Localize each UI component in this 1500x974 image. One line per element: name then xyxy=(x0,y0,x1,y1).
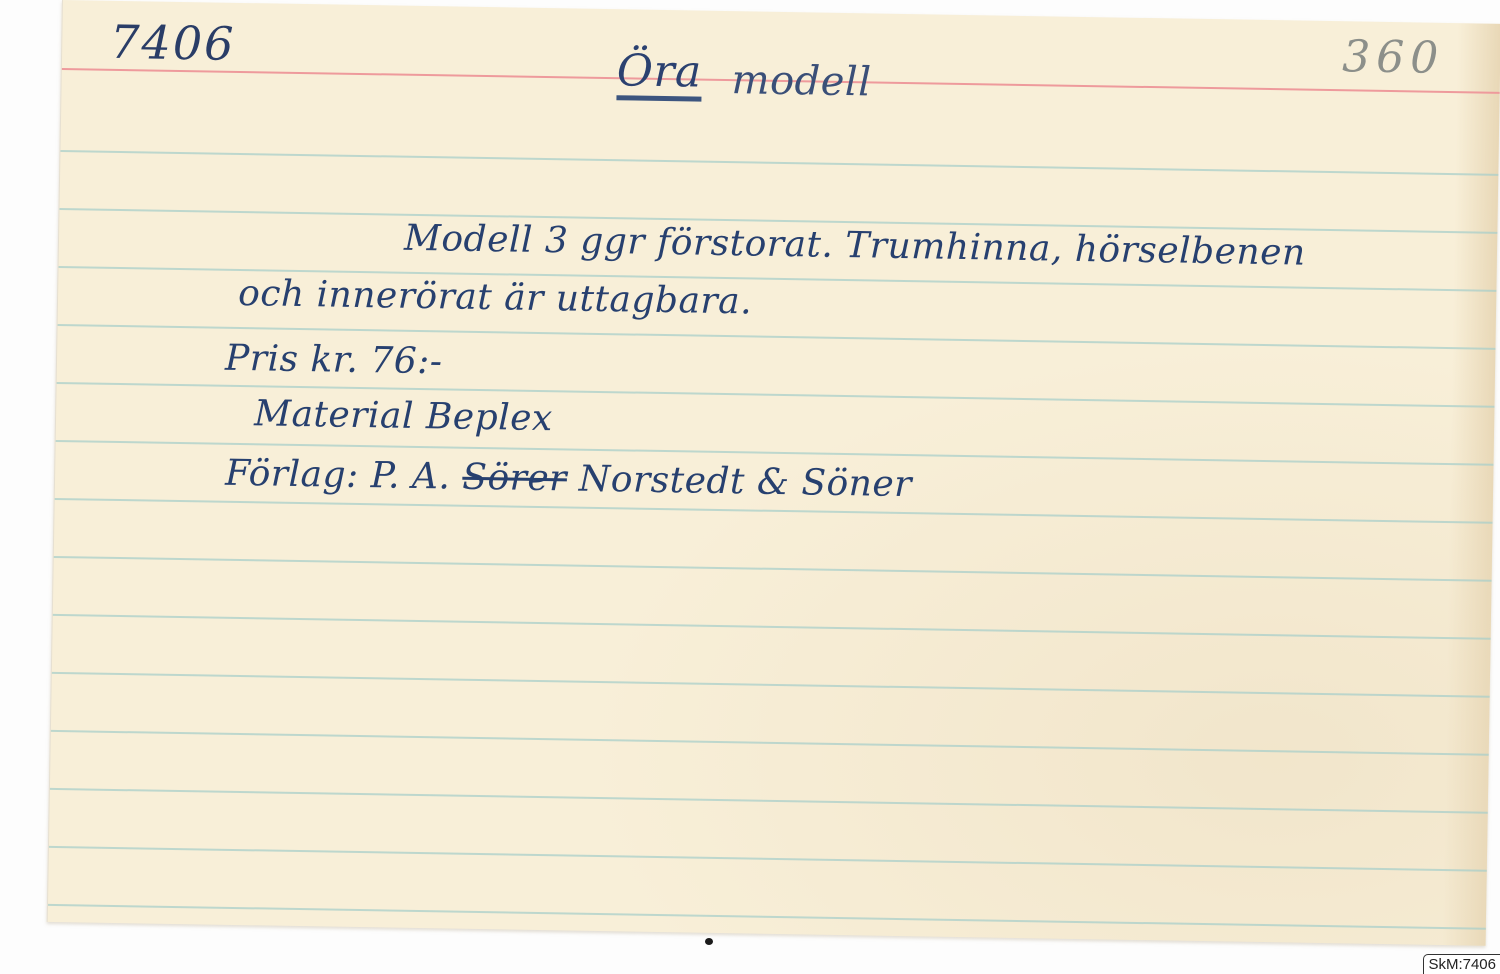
publisher-prefix: Förlag: P. A. xyxy=(225,453,451,498)
catalog-number: 7406 xyxy=(110,15,236,71)
title-underlined-word: Öra xyxy=(616,49,702,101)
ruled-line xyxy=(53,614,1491,640)
struck-out-word: Sörer xyxy=(462,457,567,500)
ruled-line xyxy=(49,846,1487,872)
ruled-line xyxy=(51,730,1489,756)
ruled-line xyxy=(54,556,1492,582)
card-title: Öra modell xyxy=(616,49,872,104)
ruled-line xyxy=(52,672,1490,698)
index-card: 7406 Öra modell 360 Modell 3 ggr förstor… xyxy=(47,0,1500,946)
publisher-name: Norstedt & Söner xyxy=(579,459,913,506)
material-line: Material Beplex xyxy=(254,393,553,439)
pencil-number: 360 xyxy=(1342,31,1445,84)
title-rest: modell xyxy=(731,57,872,105)
ruled-line xyxy=(50,788,1488,814)
publisher-line: Förlag: P. A. Sörer Norstedt & Söner xyxy=(225,453,912,505)
ruled-line xyxy=(60,150,1498,176)
collection-id-stamp: SkM:7406 xyxy=(1423,954,1500,974)
description-line-2: och innerörat är uttagbara. xyxy=(238,273,753,323)
scanned-index-card-page: 7406 Öra modell 360 Modell 3 ggr förstor… xyxy=(0,0,1500,974)
price-line: Pris kr. 76:- xyxy=(225,338,443,383)
punch-hole-dot xyxy=(705,938,713,945)
ruled-line xyxy=(48,904,1486,930)
